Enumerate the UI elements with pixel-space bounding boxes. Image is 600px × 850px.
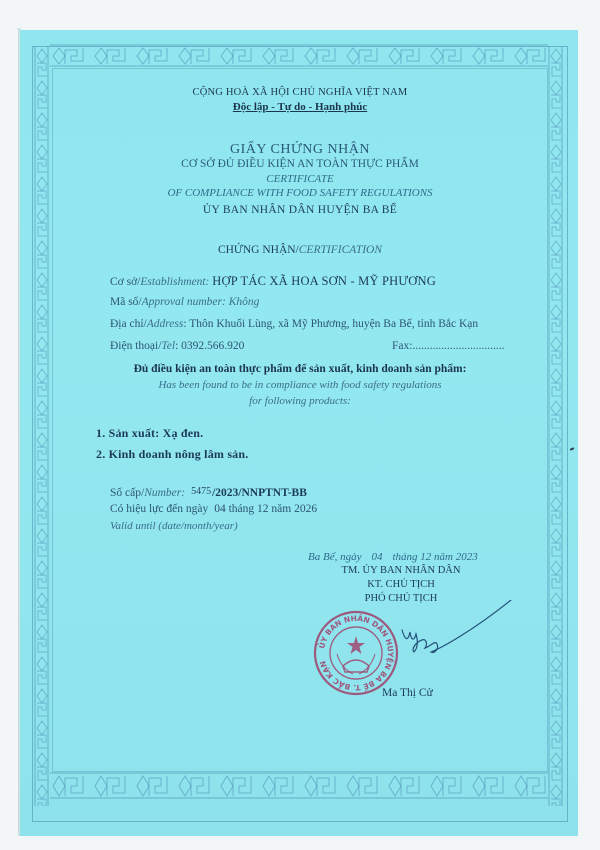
certification-heading-vn: CHỨNG NHẬN/ [218, 244, 299, 256]
signer-name: Ma Thị Cử [382, 687, 433, 699]
number-label-vn: Số cấp/ [110, 487, 144, 499]
fax-label: Fax: [392, 340, 412, 352]
approval-label-en: Approval number: [142, 296, 226, 308]
establishment-label-vn: Cơ sở/ [110, 276, 140, 288]
address-label-vn: Địa chỉ/ [110, 318, 147, 330]
product-item: 1. Sản xuất: Xạ đen. [96, 426, 203, 441]
approval-number-row: Mã số/Approval number: Không [110, 296, 259, 308]
signatory-role-1: KT. CHỦ TỊCH [296, 579, 506, 590]
number-fixed: /2023/NNPTNT-BB [212, 487, 307, 499]
validity-label-en: Valid until (date/month/year) [110, 520, 238, 532]
establishment-label: Cơ sở/Establishment: [110, 276, 209, 288]
certificate-subtitle-vn: CƠ SỞ ĐỦ ĐIỀU KIỆN AN TOÀN THỰC PHẨM [0, 158, 600, 170]
compliance-statement-vn: Đủ điều kiện an toàn thực phẩm để sản xu… [0, 363, 600, 375]
official-seal-icon: ỦY BAN NHÂN DÂN HUYỆN BA BỂ T. BẮC KẠN [313, 610, 399, 696]
compliance-statement-en-1: Has been found to be in compliance with … [0, 379, 600, 391]
border-band-bottom [50, 772, 548, 800]
number-handwritten: 5475 [191, 486, 211, 497]
approval-number-value: Không [229, 296, 260, 308]
signing-month-year: tháng 12 năm 2023 [392, 551, 477, 563]
address-label-en: Address [147, 318, 184, 330]
certificate-number-row: Số cấp/Number:5475/2023/NNPTNT-BB [110, 486, 307, 499]
establishment-row: Cơ sở/Establishment: HỢP TÁC XÃ HOA SƠN … [110, 274, 436, 289]
certification-heading-en: CERTIFICATION [299, 244, 382, 256]
phone-label-en: Tel [161, 340, 175, 352]
address-value: : Thôn Khuổi Lùng, xã Mỹ Phương, huyện B… [183, 318, 478, 330]
number-label-en: Number: [144, 487, 185, 499]
validity-month-year: tháng 12 năm 2026 [229, 503, 317, 515]
validity-day: 04 [214, 503, 226, 515]
national-motto: Độc lập - Tự do - Hạnh phúc [0, 101, 600, 113]
issuing-authority: ỦY BAN NHÂN DÂN HUYỆN BA BỂ [0, 204, 600, 216]
approval-label-vn: Mã số/ [110, 296, 142, 308]
validity-label: Có hiệu lực đến ngày [110, 503, 208, 515]
establishment-label-en: Establishment: [140, 276, 209, 288]
phone-label-vn: Điện thoại/ [110, 340, 161, 352]
establishment-value: HỢP TÁC XÃ HOA SƠN - MỸ PHƯƠNG [212, 274, 436, 288]
certification-heading: CHỨNG NHẬN/CERTIFICATION [0, 244, 600, 256]
certificate-title-vn: GIẤY CHỨNG NHẬN [0, 142, 600, 158]
handwritten-signature-icon [398, 600, 548, 670]
phone-value: : 0392.566.920 [175, 340, 244, 352]
fax-row: Fax:................................ [392, 340, 504, 352]
validity-row: Có hiệu lực đến ngày04 tháng 12 năm 2026 [110, 503, 317, 515]
address-row: Địa chỉ/Address: Thôn Khuổi Lùng, xã Mỹ … [110, 318, 478, 330]
national-title: CỘNG HOÀ XÃ HỘI CHỦ NGHĨA VIỆT NAM [0, 87, 600, 98]
phone-row: Điện thoại/Tel: 0392.566.920 [110, 340, 244, 352]
svg-text:ỦY BAN NHÂN DÂN HUYỆN BA BỂ T.: ỦY BAN NHÂN DÂN HUYỆN BA BỂ T. BẮC KẠN [316, 614, 395, 692]
product-item: 2. Kinh doanh nông lâm sản. [96, 447, 248, 462]
certificate-subtitle-en: OF COMPLIANCE WITH FOOD SAFETY REGULATIO… [0, 187, 600, 199]
signing-place: Ba Bể, ngày [308, 551, 361, 563]
border-band-top [50, 44, 548, 68]
signing-day: 04 [371, 551, 382, 563]
compliance-statement-en-2: for following products: [0, 395, 600, 407]
fax-value: ................................ [412, 340, 504, 352]
signing-date: Ba Bể, ngày04tháng 12 năm 2023 [308, 551, 478, 563]
certificate-title-en: CERTIFICATE [0, 173, 600, 185]
signatory-org: TM. ỦY BAN NHÂN DÂN [296, 565, 506, 576]
